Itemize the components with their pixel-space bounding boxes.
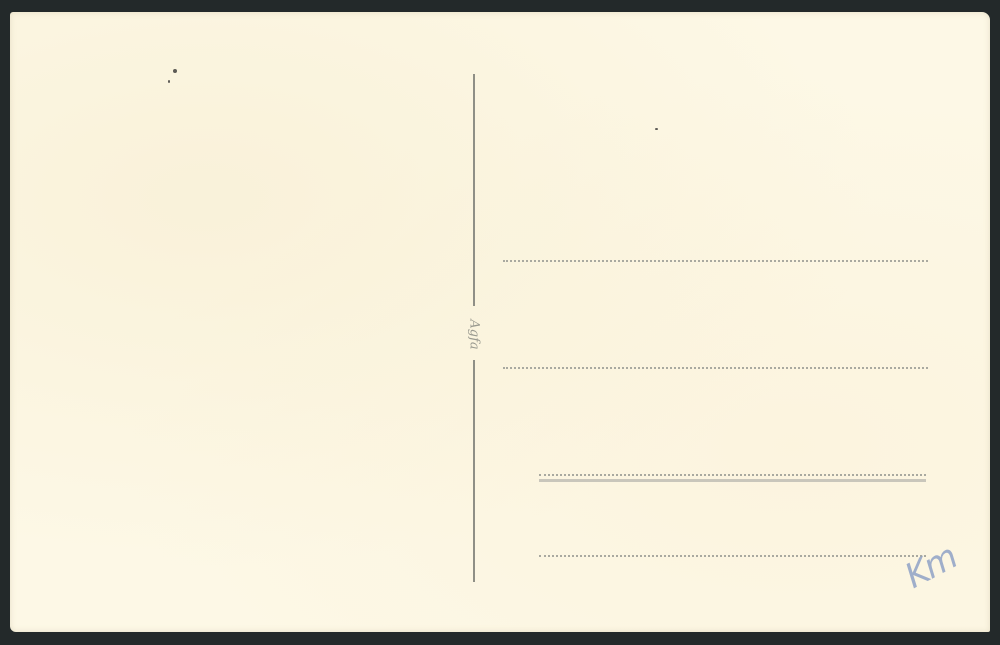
pencil-annotation: Km: [899, 537, 963, 596]
address-line-3: [539, 474, 926, 476]
publisher-mark: Agfa: [462, 314, 486, 354]
address-line-3-underline: [539, 479, 926, 482]
address-line-2: [503, 367, 928, 369]
address-line-4: [539, 555, 926, 557]
center-divider-bottom: [473, 360, 475, 582]
center-divider-top: [473, 74, 475, 306]
ink-speck: [173, 69, 177, 73]
ink-speck: [655, 128, 658, 130]
ink-speck: [168, 80, 170, 83]
address-line-1: [503, 260, 928, 262]
postcard-back: Agfa Km: [10, 12, 990, 632]
